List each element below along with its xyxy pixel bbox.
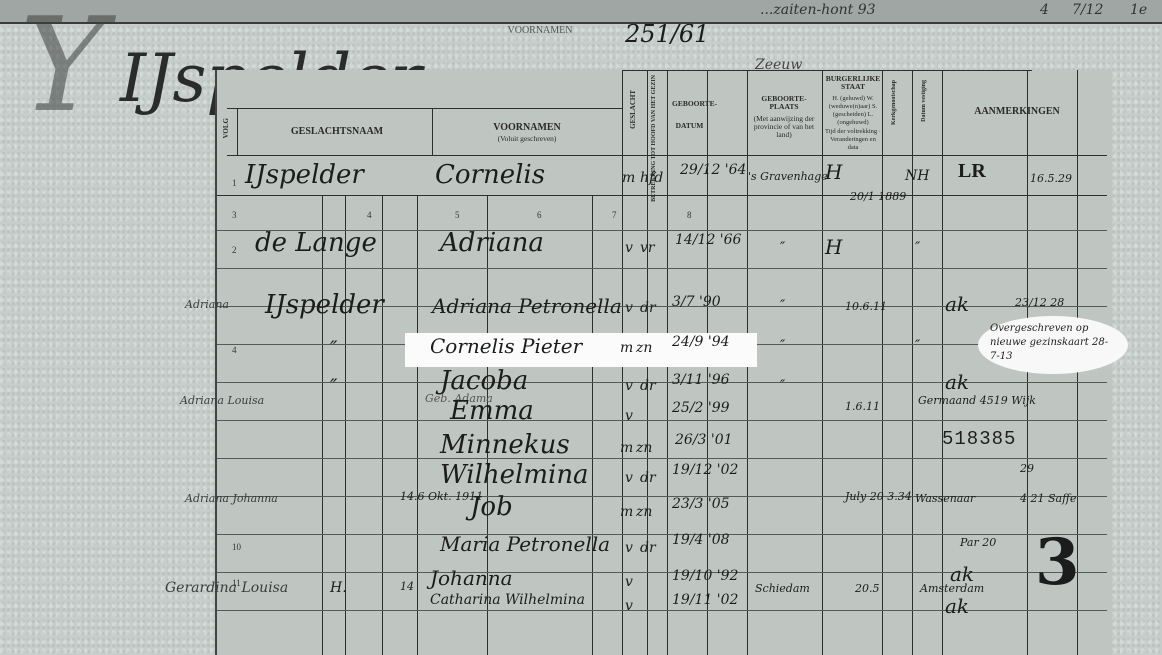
geslachtsnaam: ″ <box>330 374 337 398</box>
aanmerkingen: ak <box>945 594 969 618</box>
top-strip: ...zaiten-hont 93 4 7/12 1e <box>0 0 1162 24</box>
stamp-number: 518385 <box>942 428 1016 450</box>
geslacht: v <box>625 378 633 394</box>
aanmerkingen: Wassenaar <box>915 492 975 505</box>
geslachtsnaam: H. <box>330 580 347 596</box>
ruling <box>217 420 1107 421</box>
geslachtsnaam: ″ <box>330 336 337 360</box>
geslacht: v <box>625 300 633 316</box>
geboorteplaats: ″ <box>780 298 785 314</box>
voornamen: Minnekus <box>440 430 570 460</box>
column-number: 7 <box>612 210 617 220</box>
header-burgerlijke-staat: BURGERLIJKE STAAT <box>824 75 882 91</box>
ruling <box>322 195 323 655</box>
header-burgerlijke-staat-sub2: Tijd der voltrekking · Veranderingen en … <box>824 128 882 152</box>
voornamen: Job <box>470 492 513 522</box>
header-burgerlijke-staat-sub: H. (gehuwd) W. (weduwe(n)aar) S. (gesche… <box>824 95 882 127</box>
geboortedatum: 25/2 '99 <box>672 400 730 416</box>
geslacht: m <box>620 440 633 456</box>
geslacht: v <box>625 408 633 424</box>
geslachtsnaam: IJspelder <box>245 160 364 190</box>
top-strip-value: 4 <box>1040 2 1049 18</box>
geboortedatum: 19/4 '08 <box>672 532 730 548</box>
top-strip-value: 7/12 <box>1072 2 1103 18</box>
header-voornamen: VOORNAMEN <box>432 122 622 133</box>
header-geboorteplaats-sub: (Met aanwijzing der provincie of van het… <box>749 115 819 139</box>
column-number: 6 <box>537 210 542 220</box>
betrekking: vr <box>640 240 655 256</box>
header-volg: VOLG <box>222 118 230 138</box>
voornamen: Cornelis Pieter <box>430 334 582 358</box>
ruling <box>217 534 1107 535</box>
voornamen: Emma <box>450 396 534 426</box>
burg-datum: 10.6.11 <box>845 300 887 313</box>
header-geboortedatum: GEBOORTE- <box>672 100 707 108</box>
geboorteplaats: ″ <box>780 378 785 394</box>
geboortedatum: 23/3 '05 <box>672 496 730 512</box>
geslacht: m <box>620 340 633 356</box>
ruling <box>217 382 1107 383</box>
betrekking: hfd <box>640 170 663 186</box>
betrekking: dr <box>640 540 656 556</box>
geslacht: v <box>625 470 633 486</box>
ruling <box>227 108 622 109</box>
aanmerkingen: ak <box>945 370 969 394</box>
ruling <box>382 195 383 655</box>
voornamen: Adriana <box>440 228 544 258</box>
extra: 23/12 28 <box>1015 296 1064 309</box>
geslacht: v <box>625 574 633 590</box>
ruling <box>417 195 418 655</box>
voornamen: Johanna <box>430 566 513 590</box>
geboortedatum: 24/9 '94 <box>672 334 730 350</box>
geboorteplaats: 's Gravenhage <box>748 170 828 183</box>
ruling <box>217 268 1107 269</box>
oval-note-text: Overgeschreven op nieuwe gezinskaart 28-… <box>990 322 1110 364</box>
extra: 4 21 Saffe <box>1020 492 1076 505</box>
ghost-surname: Y <box>20 0 106 130</box>
column-number: 5 <box>455 210 460 220</box>
aanmerkingen: Germaand 4519 Wijk <box>918 394 1036 407</box>
tussen-note: 14 <box>400 580 414 593</box>
ruling <box>217 195 1107 196</box>
geboortedatum: 19/12 '02 <box>672 462 738 478</box>
aanmerkingen: ak <box>945 292 969 316</box>
ruling <box>822 70 823 655</box>
betrekking: dr <box>640 300 656 316</box>
ruling <box>237 108 238 155</box>
top-strip-text: ...zaiten-hont 93 <box>760 2 876 18</box>
voornamen-top-label: VOORNAMEN <box>480 25 600 36</box>
top-strip-value: 1e <box>1130 2 1147 18</box>
margin-name: Gerardina Louisa <box>165 580 288 596</box>
voornamen: Maria Petronella <box>440 532 610 556</box>
header-datum-vestiging: Datum vestiging <box>921 80 927 122</box>
voornamen: Cornelis <box>435 160 545 190</box>
geslacht: m <box>622 170 635 186</box>
geslacht: v <box>625 540 633 556</box>
row-number: 10 <box>232 542 241 552</box>
ruling <box>217 610 1107 611</box>
kerk: ″ <box>915 338 920 354</box>
vestiging: 16.5.29 <box>1030 172 1072 185</box>
burg-datum: 20/1 1889 <box>850 190 906 203</box>
betrekking: zn <box>636 504 652 520</box>
geboortedatum: 29/12 '64 <box>680 162 746 178</box>
geslacht: v <box>625 598 633 614</box>
voornamen: Adriana Petronella <box>432 294 622 318</box>
geboorteplaats: Schiedam <box>755 582 810 595</box>
ir-mark: LR <box>958 160 986 183</box>
header-geslachtsnaam: GESLACHTSNAAM <box>242 126 432 137</box>
large-digit-stamp: 3 <box>1035 525 1080 600</box>
column-number: 8 <box>687 210 692 220</box>
geboortedatum: 26/3 '01 <box>675 432 733 448</box>
header-aanmerkingen: AANMERKINGEN <box>957 106 1077 117</box>
geboortedatum: 19/11 '02 <box>672 592 738 608</box>
ruling <box>912 70 913 655</box>
kerk: NH <box>905 168 929 184</box>
betrekking: zn <box>636 440 652 456</box>
voornamen: Wilhelmina <box>440 460 589 490</box>
burg-datum: July 20 3.34 <box>845 490 912 503</box>
geslachtsnaam: de Lange <box>255 228 377 258</box>
geslacht: m <box>620 504 633 520</box>
ruling <box>592 195 593 655</box>
ruling <box>882 70 883 655</box>
oval-stamp: Overgeschreven op nieuwe gezinskaart 28-… <box>978 316 1128 374</box>
geboortedatum: 14/12 '66 <box>675 232 741 248</box>
row-number: 1 <box>232 178 237 188</box>
voornamen: Catharina Wilhelmina <box>430 592 585 608</box>
kerk: ″ <box>915 240 920 256</box>
geboorteplaats: ″ <box>780 338 785 354</box>
card-number: 251/61 <box>625 20 709 48</box>
margin-name: Adriana <box>185 298 229 311</box>
extra: ak <box>950 562 974 586</box>
betrekking: dr <box>640 378 656 394</box>
geboortedatum: 3/7 '90 <box>672 294 721 310</box>
geboorteplaats: ″ <box>780 240 785 256</box>
ruling <box>942 70 943 655</box>
row-number: 2 <box>232 245 237 255</box>
burgerlijke-staat: H <box>825 235 842 259</box>
row-number: 4 <box>232 345 237 355</box>
column-number: 3 <box>232 210 237 220</box>
burg-datum: 20.5 <box>855 582 880 595</box>
betrekking: dr <box>640 470 656 486</box>
header-kerkgenootschap: Kerkgenootschap <box>891 80 897 125</box>
header-voornamen-sub: (Voluit geschreven) <box>432 135 622 143</box>
geslachtsnaam: IJspelder <box>265 290 384 320</box>
burg-datum: 1.6.11 <box>845 400 880 413</box>
betrekking: zn <box>636 340 652 356</box>
geboortedatum: 19/10 '92 <box>672 568 738 584</box>
header-geboorteplaats: GEBOORTE-PLAATS <box>749 95 819 111</box>
aanmerkingen: Par 20 <box>960 536 996 549</box>
margin-name: Adriana Johanna <box>185 492 278 505</box>
header-geboortedatum-sub: DATUM <box>672 122 707 130</box>
geslacht: v <box>625 240 633 256</box>
burgerlijke-staat: H <box>825 160 842 184</box>
column-number: 4 <box>367 210 372 220</box>
ruling <box>622 70 1032 71</box>
vestiging: 29 <box>1020 462 1034 475</box>
geboortedatum: 3/11 '96 <box>672 372 730 388</box>
ruling <box>217 458 1107 459</box>
header-geslacht: GESLACHT <box>629 90 637 129</box>
margin-name: Adriana Louisa <box>180 394 264 407</box>
